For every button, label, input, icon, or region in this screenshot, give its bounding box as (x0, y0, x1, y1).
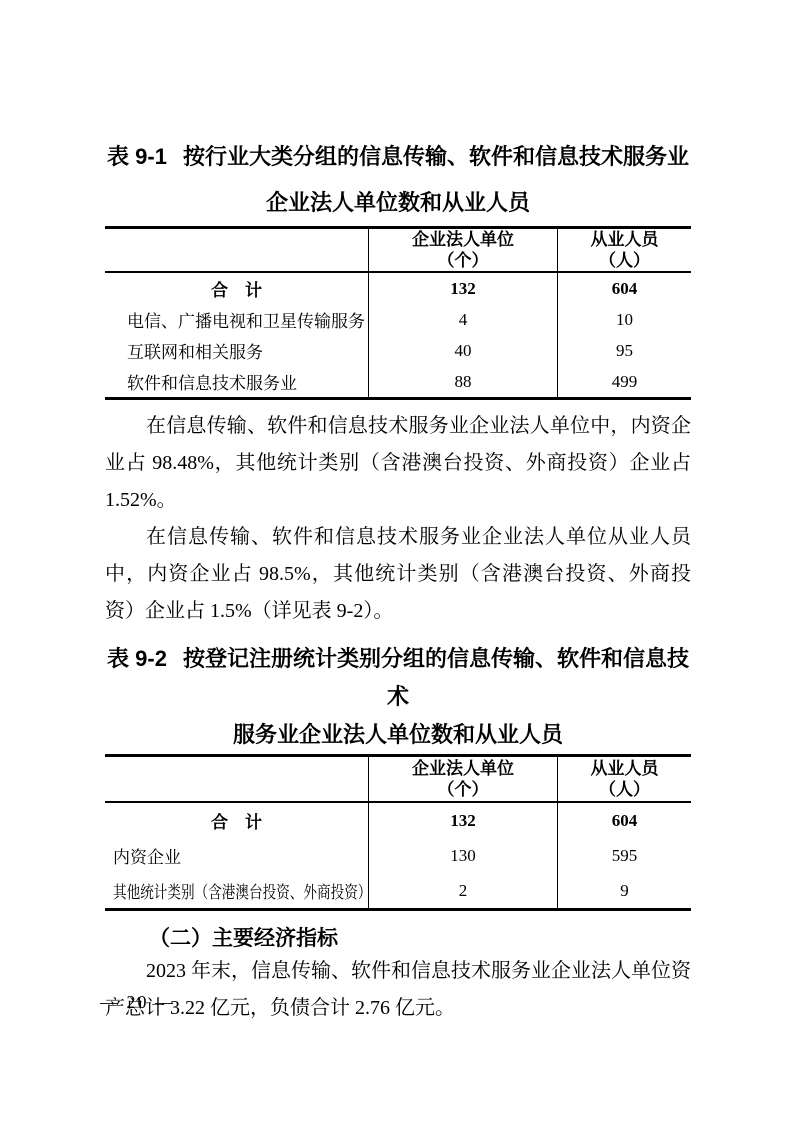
table1-caption: 表 9-1按行业大类分组的信息传输、软件和信息技术服务业 企业法人单位数和从业人… (105, 0, 691, 226)
table2-header-persons-name: 从业人员 (591, 758, 659, 779)
table2-header-stub (105, 757, 368, 801)
table2-header-row: 企业法人单位 （个） 从业人员 （人） (105, 757, 691, 803)
row-label: 互联网和相关服务 (105, 335, 368, 366)
table1-total-label: 合 计 (105, 273, 368, 304)
table1-caption-line1: 表 9-1按行业大类分组的信息传输、软件和信息技术服务业 (105, 134, 691, 180)
table-row: 软件和信息技术服务业 88 499 (105, 366, 691, 397)
row-label: 内资企业 (105, 838, 368, 873)
table2-header-persons: 从业人员 （人） (557, 757, 691, 801)
table2-header-persons-unit: （人） (599, 779, 650, 800)
table2-caption: 表 9-2按登记注册统计类别分组的信息传输、软件和信息技术 服务业企业法人单位数… (105, 640, 691, 754)
row-label: 软件和信息技术服务业 (105, 366, 368, 397)
table1-header-units-unit: （个） (438, 250, 489, 271)
persons-value: 499 (557, 366, 691, 397)
units-value: 4 (368, 304, 557, 335)
row-label: 电信、广播电视和卫星传输服务 (105, 304, 368, 335)
table1-header-row: 企业法人单位 （个） 从业人员 （人） (105, 229, 691, 273)
table2-total-label: 合 计 (105, 803, 368, 838)
table2-caption-line1: 表 9-2按登记注册统计类别分组的信息传输、软件和信息技术 (105, 640, 691, 716)
units-value: 40 (368, 335, 557, 366)
document-page: 表 9-1按行业大类分组的信息传输、软件和信息技术服务业 企业法人单位数和从业人… (0, 0, 793, 1122)
paragraph-assets-liabilities: 2023 年末，信息传输、软件和信息技术服务业企业法人单位资产总计 3.22 亿… (105, 953, 691, 1027)
table-row: 电信、广播电视和卫星传输服务 4 10 (105, 304, 691, 335)
table1-header-stub (105, 229, 368, 271)
table2-caption-label: 表 9-2 (107, 646, 167, 671)
row-label: 其他统计类别（含港澳台投资、外商投资） (105, 873, 368, 908)
table1-caption-label: 表 9-1 (107, 144, 167, 169)
table1-header-persons-name: 从业人员 (591, 229, 659, 250)
paragraph-domestic-employees-share: 在信息传输、软件和信息技术服务业企业法人单位从业人员中，内资企业占 98.5%，… (105, 519, 691, 630)
persons-value: 9 (557, 873, 691, 908)
table2-caption-line2: 服务业企业法人单位数和从业人员 (105, 716, 691, 754)
table2-header-units-name: 企业法人单位 (412, 758, 514, 779)
table1-total-units: 132 (368, 273, 557, 304)
table1-total-persons: 604 (557, 273, 691, 304)
table1-header-persons-unit: （人） (599, 250, 650, 271)
table2-header-units: 企业法人单位 （个） (368, 757, 557, 801)
table1-header-units: 企业法人单位 （个） (368, 229, 557, 271)
table-9-2: 企业法人单位 （个） 从业人员 （人） 合 计 132 604 内资企业 130… (105, 754, 691, 911)
page-content: 表 9-1按行业大类分组的信息传输、软件和信息技术服务业 企业法人单位数和从业人… (105, 0, 691, 1027)
table2-header-units-unit: （个） (438, 779, 489, 800)
paragraph-domestic-units-share: 在信息传输、软件和信息技术服务业企业法人单位中，内资企业占 98.48%，其他统… (105, 408, 691, 519)
table-row: 互联网和相关服务 40 95 (105, 335, 691, 366)
table2-total-units: 132 (368, 803, 557, 838)
table2-caption-text: 按登记注册统计类别分组的信息传输、软件和信息技术 (183, 646, 689, 709)
table1-header-units-name: 企业法人单位 (412, 229, 514, 250)
row-label-text: 其他统计类别（含港澳台投资、外商投资） (113, 878, 371, 903)
units-value: 130 (368, 838, 557, 873)
persons-value: 595 (557, 838, 691, 873)
table-9-1: 企业法人单位 （个） 从业人员 （人） 合 计 132 604 电信、广播电视和… (105, 226, 691, 400)
table-row: 其他统计类别（含港澳台投资、外商投资） 2 9 (105, 873, 691, 908)
table1-total-row: 合 计 132 604 (105, 273, 691, 304)
table1-caption-text: 按行业大类分组的信息传输、软件和信息技术服务业 (183, 144, 689, 169)
units-value: 2 (368, 873, 557, 908)
section-heading-main-economic-indicators: （二）主要经济指标 (105, 925, 691, 953)
page-number: — 20 — (100, 992, 175, 1013)
table2-total-persons: 604 (557, 803, 691, 838)
persons-value: 10 (557, 304, 691, 335)
table1-header-persons: 从业人员 （人） (557, 229, 691, 271)
table1-caption-line2: 企业法人单位数和从业人员 (105, 180, 691, 226)
persons-value: 95 (557, 335, 691, 366)
table2-total-row: 合 计 132 604 (105, 803, 691, 838)
units-value: 88 (368, 366, 557, 397)
table-row: 内资企业 130 595 (105, 838, 691, 873)
